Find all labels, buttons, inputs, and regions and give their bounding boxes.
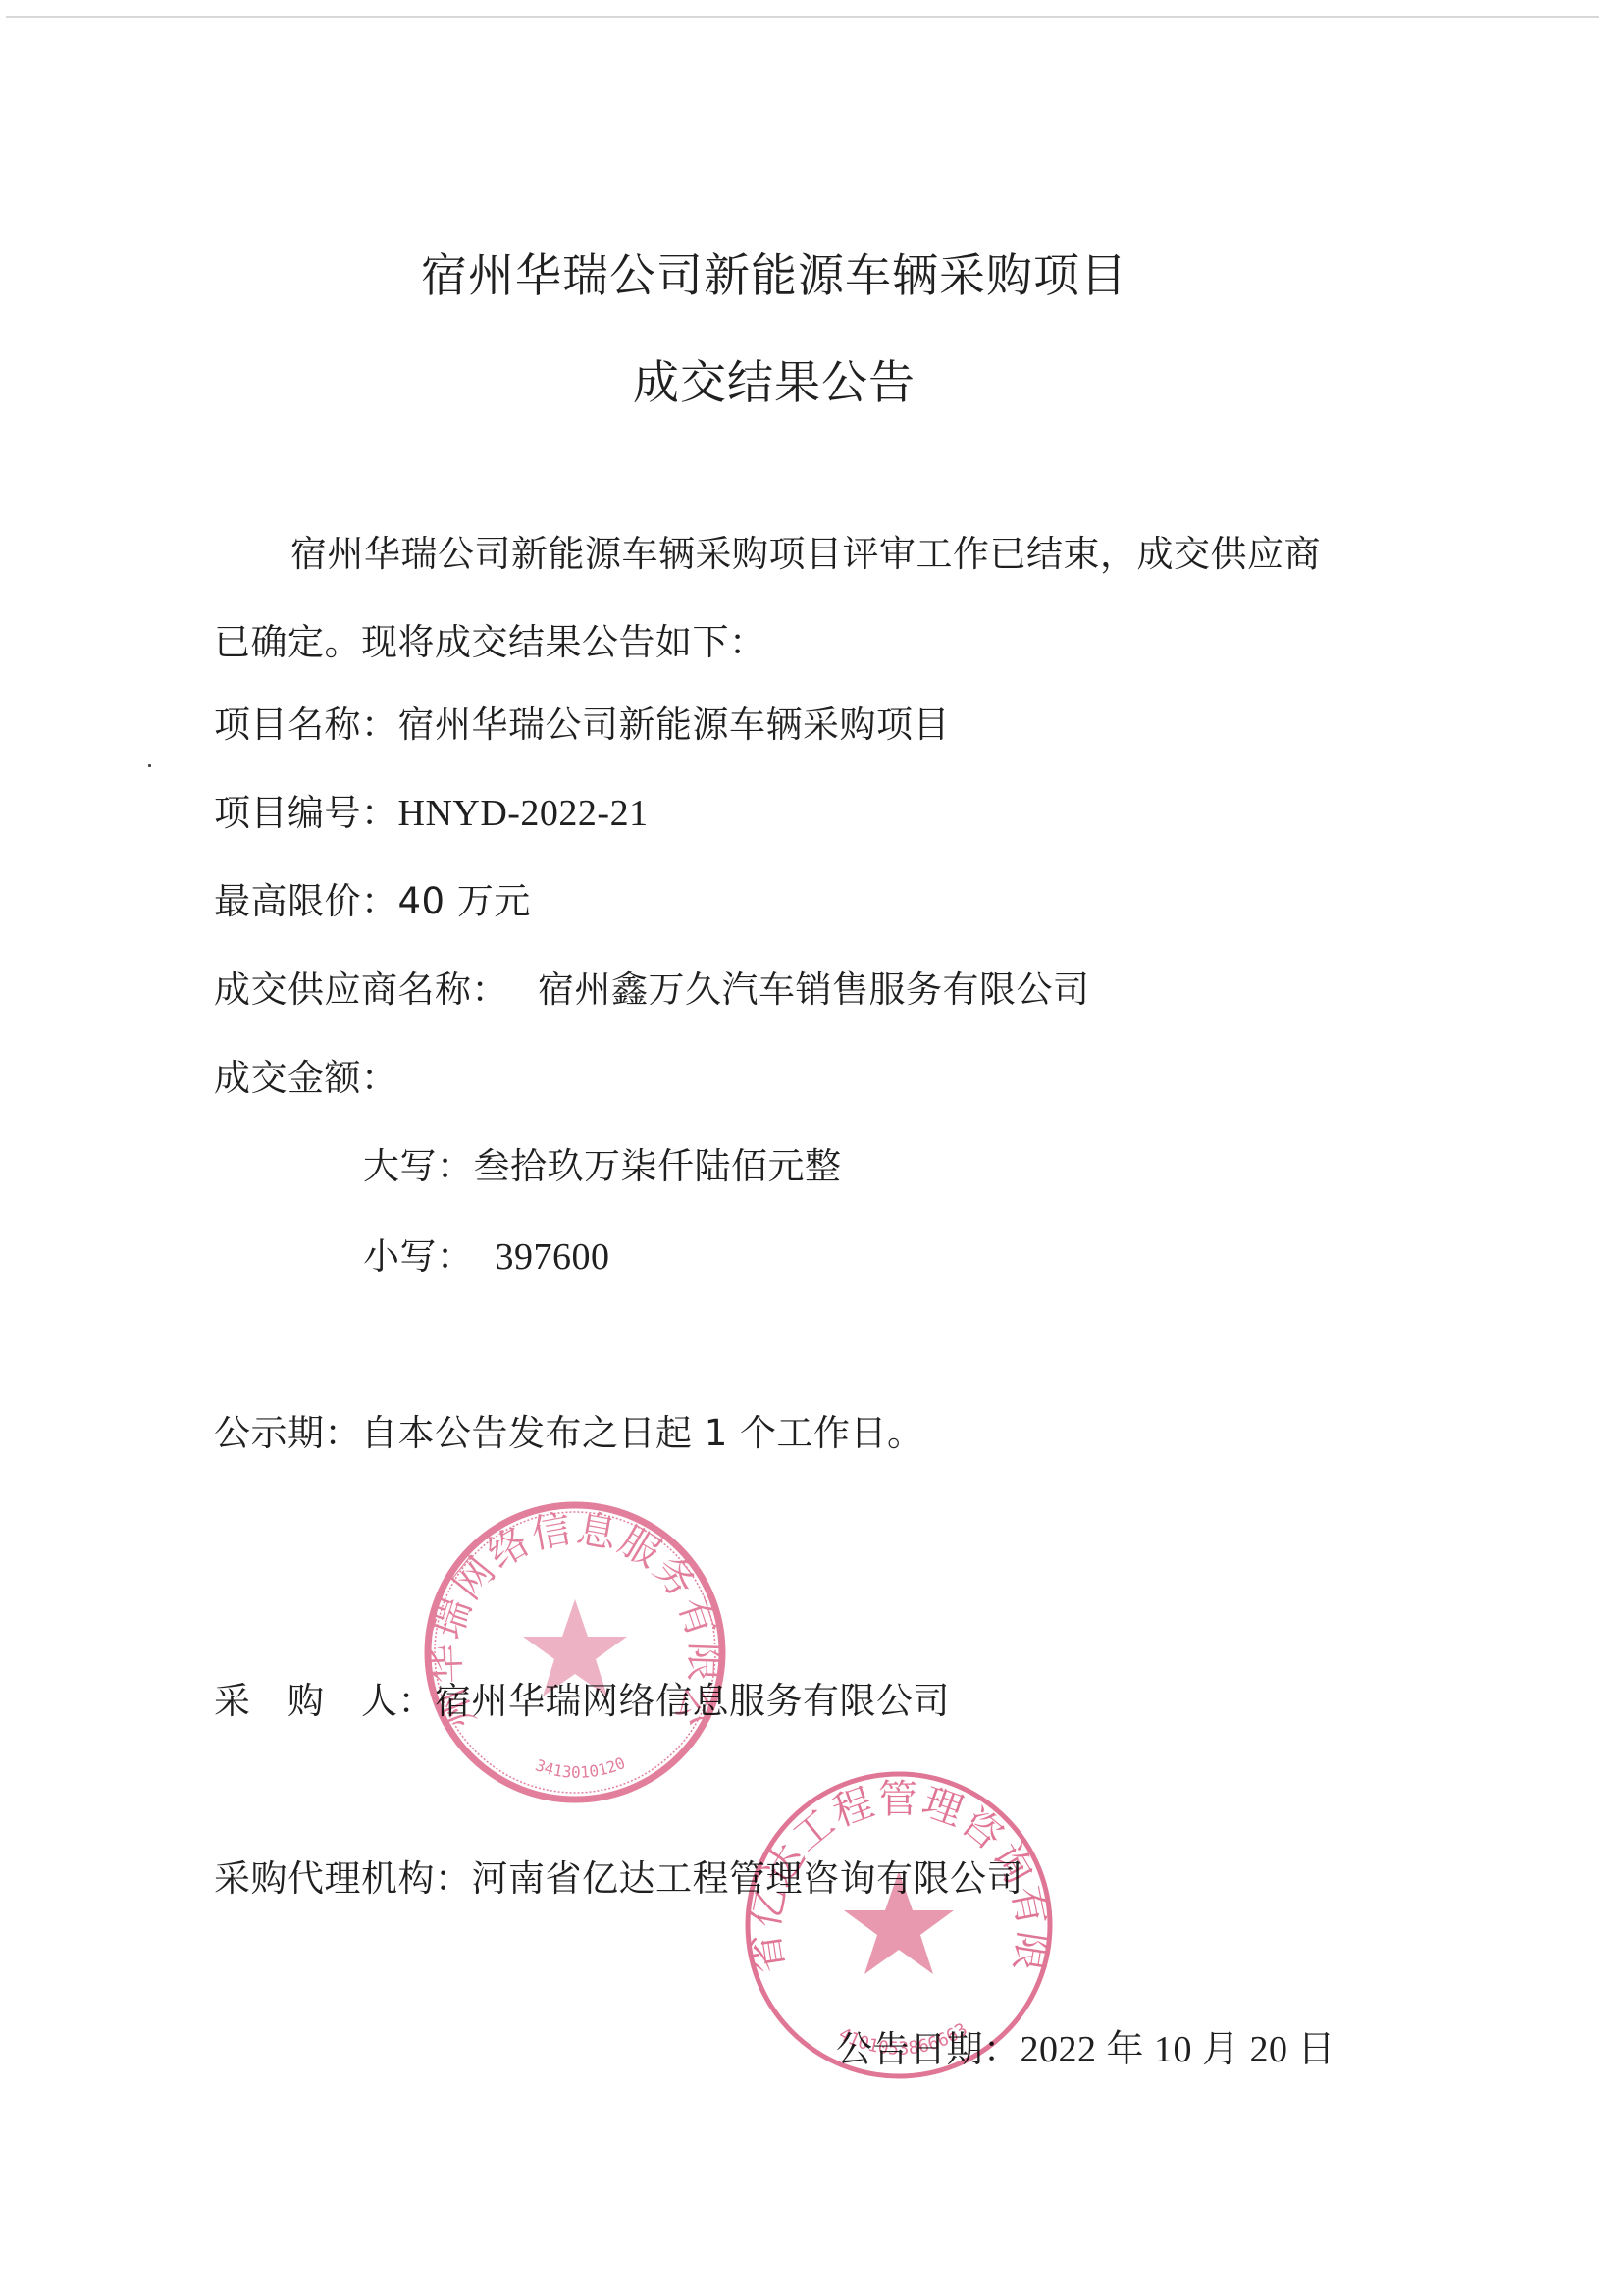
amount-upper-value: 叁拾玖万柒仟陆佰元整 xyxy=(474,1145,842,1187)
amount-lower-value: 397600 xyxy=(496,1236,610,1278)
scan-top-edge xyxy=(6,16,1599,18)
supplier-row: 成交供应商名称：宿州鑫万久汽车销售服务有限公司 xyxy=(214,971,1090,1008)
agency-value: 河南省亿达工程管理咨询有限公司 xyxy=(472,1857,1024,1900)
publicity-period-row: 公示期：自本公告发布之日起 1 个工作日。 xyxy=(214,1415,924,1451)
purchaser-value: 宿州华瑞网络信息服务有限公司 xyxy=(435,1680,950,1722)
project-name-value: 宿州华瑞公司新能源车辆采购项目 xyxy=(398,704,951,746)
svg-text:3413010120: 3413010120 xyxy=(533,1753,628,1782)
max-price-label: 最高限价： xyxy=(214,880,398,922)
amount-upper-label: 大写： xyxy=(363,1145,474,1187)
max-price-row: 最高限价：40 万元 xyxy=(214,883,531,919)
publicity-period-value: 自本公告发布之日起 1 个工作日。 xyxy=(361,1412,924,1454)
project-number-row: 项目编号：HNYD-2022-21 xyxy=(214,795,649,832)
project-name-label: 项目名称： xyxy=(214,704,398,746)
supplier-label: 成交供应商名称： xyxy=(214,968,508,1011)
announcement-date-value: 2022 年 10 月 20 日 xyxy=(1021,2029,1336,2070)
amount-label: 成交金额： xyxy=(214,1060,398,1096)
max-price-value: 40 万元 xyxy=(398,880,531,922)
seal-icon: 宿州华瑞网络信息服务有限公司 3413010120 xyxy=(422,1499,728,1805)
amount-lower-row: 小写：397600 xyxy=(363,1238,610,1276)
announcement-date-label: 公告日期： xyxy=(836,2028,1021,2070)
amount-lower-label: 小写： xyxy=(363,1235,474,1278)
document-title: 宿州华瑞公司新能源车辆采购项目 xyxy=(0,253,1586,299)
intro-paragraph-line-2: 已确定。现将成交结果公告如下： xyxy=(214,624,766,660)
supplier-value: 宿州鑫万久汽车销售服务有限公司 xyxy=(538,968,1090,1011)
intro-paragraph-line-1: 宿州华瑞公司新能源车辆采购项目评审工作已结束，成交供应商 xyxy=(290,536,1321,572)
announcement-date-row: 公告日期：2022 年 10 月 20 日 xyxy=(836,2031,1335,2068)
scan-speck xyxy=(148,764,151,767)
purchaser-seal-stamp: 宿州华瑞网络信息服务有限公司 3413010120 xyxy=(422,1499,728,1805)
purchaser-label: 采 购 人： xyxy=(214,1680,435,1722)
project-number-label: 项目编号： xyxy=(214,792,398,834)
agency-row: 采购代理机构：河南省亿达工程管理咨询有限公司 xyxy=(214,1860,1023,1897)
purchaser-row: 采 购 人：宿州华瑞网络信息服务有限公司 xyxy=(214,1683,950,1719)
agency-label: 采购代理机构： xyxy=(214,1857,472,1900)
document-subtitle: 成交结果公告 xyxy=(0,360,1586,406)
project-number-value: HNYD-2022-21 xyxy=(398,793,649,834)
publicity-period-label: 公示期： xyxy=(214,1412,361,1454)
project-name-row: 项目名称：宿州华瑞公司新能源车辆采购项目 xyxy=(214,706,950,743)
amount-upper-row: 大写：叁拾玖万柒仟陆佰元整 xyxy=(363,1148,842,1184)
